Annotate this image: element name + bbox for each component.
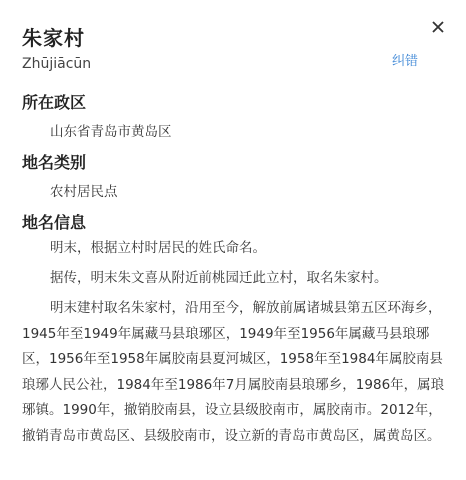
place-pinyin: Zhūjiācūn [22,56,91,72]
info-paragraph: 据传，明末朱文喜从附近前桃园迁此立村，取名朱家村。 [22,266,446,290]
correct-error-link[interactable]: 纠错 [392,50,418,69]
close-icon [432,21,444,33]
admin-region-value: 山东省青岛市黄岛区 [50,120,172,140]
info-paragraph: 明末，根据立村时居民的姓氏命名。 [22,236,446,260]
place-title: 朱家村 [22,22,85,51]
place-detail-panel: 朱家村 Zhūjiācūn 纠错 所在政区 山东省青岛市黄岛区 地名类别 农村居… [0,0,466,480]
section-heading-place-category: 地名类别 [22,150,86,173]
place-info-body: 明末，根据立村时居民的姓氏命名。 据传，明末朱文喜从附近前桃园迁此立村，取名朱家… [22,236,446,455]
close-button[interactable] [432,21,448,37]
section-heading-place-info: 地名信息 [22,210,86,233]
place-category-value: 农村居民点 [50,180,118,200]
section-heading-admin-region: 所在政区 [22,90,86,113]
info-paragraph: 明末建村取名朱家村，沿用至今，解放前属诸城县第五区环海乡，1945年至1949年… [22,296,446,449]
